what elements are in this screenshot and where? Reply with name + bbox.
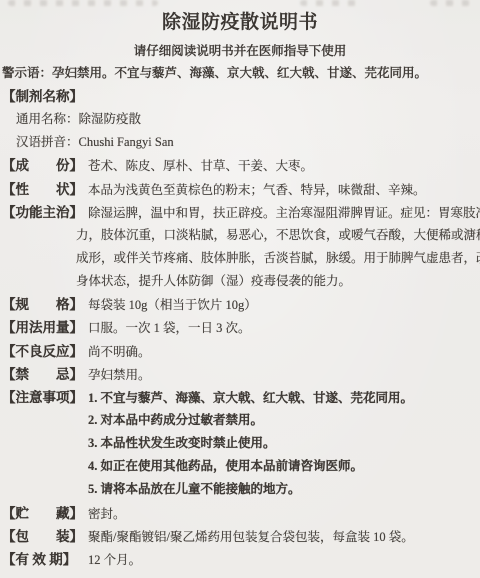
- row-dosage: 【用法用量】口服。一次 1 袋，一日 3 次。: [0, 316, 480, 339]
- field-text: 每袋装 10g（相当于饮片 10g）: [88, 298, 257, 312]
- field-label: 【注意事项】: [2, 386, 88, 409]
- field-text: 通用名称：除湿防疫散: [16, 112, 141, 126]
- field-text: 4. 如正在使用其他药品，使用本品前请咨询医师。: [88, 459, 363, 473]
- field-label: 【规 格】: [2, 293, 88, 316]
- warning-statement: 警示语：孕妇禁用。不宜与藜芦、海藻、京大戟、红大戟、甘遂、芫花同用。: [0, 64, 480, 83]
- field-text: 2. 对本品中药成分过敏者禁用。: [88, 413, 263, 427]
- row-precaution-5: 5. 请将本品放在儿童不能接触的地方。: [0, 478, 480, 501]
- field-text: 除湿运脾，温中和胃，扶正辟疫。主治寒湿阻滞脾胃证。症见：胃寒肢冷，乏: [88, 206, 480, 220]
- row-indications-line-3: 成形，或伴关节疼痛、肢体肿胀，舌淡苔腻，脉缓。用于肺脾气虚患者，改善: [0, 247, 480, 270]
- field-text: 身体状态，提升人体防御（湿）疫毒侵袭的能力。: [76, 274, 351, 288]
- field-text: 力，肢体沉重，口淡粘腻，易恶心，不思饮食，或嗳气吞酸，大便稀或溏稀不: [76, 228, 480, 242]
- row-precaution-1: 【注意事项】1. 不宜与藜芦、海藻、京大戟、红大戟、甘遂、芫花同用。: [0, 386, 480, 409]
- row-generic-name: 通用名称：除湿防疫散: [0, 108, 480, 131]
- field-text: 1. 不宜与藜芦、海藻、京大戟、红大戟、甘遂、芫花同用。: [88, 391, 413, 405]
- field-text: 5. 请将本品放在儿童不能接触的地方。: [88, 482, 301, 496]
- field-label: 【制剂名称】: [2, 85, 88, 108]
- row-precaution-4: 4. 如正在使用其他药品，使用本品前请咨询医师。: [0, 455, 480, 478]
- field-text: 汉语拼音：Chushi Fangyi San: [16, 135, 174, 149]
- row-adverse-reactions: 【不良反应】尚不明确。: [0, 340, 480, 363]
- row-storage: 【贮 藏】密封。: [0, 502, 480, 525]
- field-text: 3. 本品性状发生改变时禁止使用。: [88, 436, 276, 450]
- row-indications-line-4: 身体状态，提升人体防御（湿）疫毒侵袭的能力。: [0, 270, 480, 293]
- row-specification: 【规 格】每袋装 10g（相当于饮片 10g）: [0, 293, 480, 316]
- field-text: 聚酯/聚酯镀铝/聚乙烯药用包装复合袋包装，每盒装 10 袋。: [88, 530, 414, 544]
- field-label: 【性 状】: [2, 178, 88, 201]
- field-label: 【成 份】: [2, 154, 88, 177]
- field-text: 本品为浅黄色至黄棕色的粉末；气香、特异，味微甜、辛辣。: [88, 183, 426, 197]
- field-text: 口服。一次 1 袋，一日 3 次。: [88, 321, 251, 335]
- field-text: 12 个月。: [88, 553, 141, 567]
- field-text: 孕妇禁用。: [88, 368, 151, 382]
- sections: 【制剂名称】 通用名称：除湿防疫散 汉语拼音：Chushi Fangyi San…: [0, 85, 480, 571]
- leaflet-document: 除湿防疫散说明书 请仔细阅读说明书并在医师指导下使用 警示语：孕妇禁用。不宜与藜…: [0, 0, 480, 578]
- field-label: 【贮 藏】: [2, 502, 88, 525]
- row-packaging: 【包 装】聚酯/聚酯镀铝/聚乙烯药用包装复合袋包装，每盒装 10 袋。: [0, 525, 480, 548]
- scan-artifact-top: [430, 0, 470, 6]
- row-validity-period: 【有 效 期】12 个月。: [0, 548, 480, 571]
- read-instruction-subtitle: 请仔细阅读说明书并在医师指导下使用: [0, 42, 480, 60]
- scan-artifact-top: [8, 0, 158, 6]
- field-text: 成形，或伴关节疼痛、肢体肿胀，舌淡苔腻，脉缓。用于肺脾气虚患者，改善: [76, 251, 480, 265]
- field-text: 尚不明确。: [88, 345, 151, 359]
- row-indications-line-1: 【功能主治】除湿运脾，温中和胃，扶正辟疫。主治寒湿阻滞脾胃证。症见：胃寒肢冷，乏: [0, 201, 480, 224]
- row-precaution-3: 3. 本品性状发生改变时禁止使用。: [0, 432, 480, 455]
- field-label: 【用法用量】: [2, 316, 88, 339]
- row-ingredients: 【成 份】苍术、陈皮、厚朴、甘草、干姜、大枣。: [0, 154, 480, 177]
- field-label: 【禁 忌】: [2, 363, 88, 386]
- field-label: 【有 效 期】: [2, 548, 88, 571]
- scan-artifact-top: [300, 0, 360, 6]
- field-label: 【功能主治】: [2, 201, 88, 224]
- row-properties: 【性 状】本品为浅黄色至黄棕色的粉末；气香、特异，味微甜、辛辣。: [0, 178, 480, 201]
- field-text: 苍术、陈皮、厚朴、甘草、干姜、大枣。: [88, 159, 313, 173]
- row-precaution-2: 2. 对本品中药成分过敏者禁用。: [0, 409, 480, 432]
- row-contraindications: 【禁 忌】孕妇禁用。: [0, 363, 480, 386]
- row-pinyin-name: 汉语拼音：Chushi Fangyi San: [0, 131, 480, 154]
- field-label: 【包 装】: [2, 525, 88, 548]
- row-indications-line-2: 力，肢体沉重，口淡粘腻，易恶心，不思饮食，或嗳气吞酸，大便稀或溏稀不: [0, 224, 480, 247]
- field-text: 密封。: [88, 507, 126, 521]
- field-label: 【不良反应】: [2, 340, 88, 363]
- row-preparation-name: 【制剂名称】: [0, 85, 480, 108]
